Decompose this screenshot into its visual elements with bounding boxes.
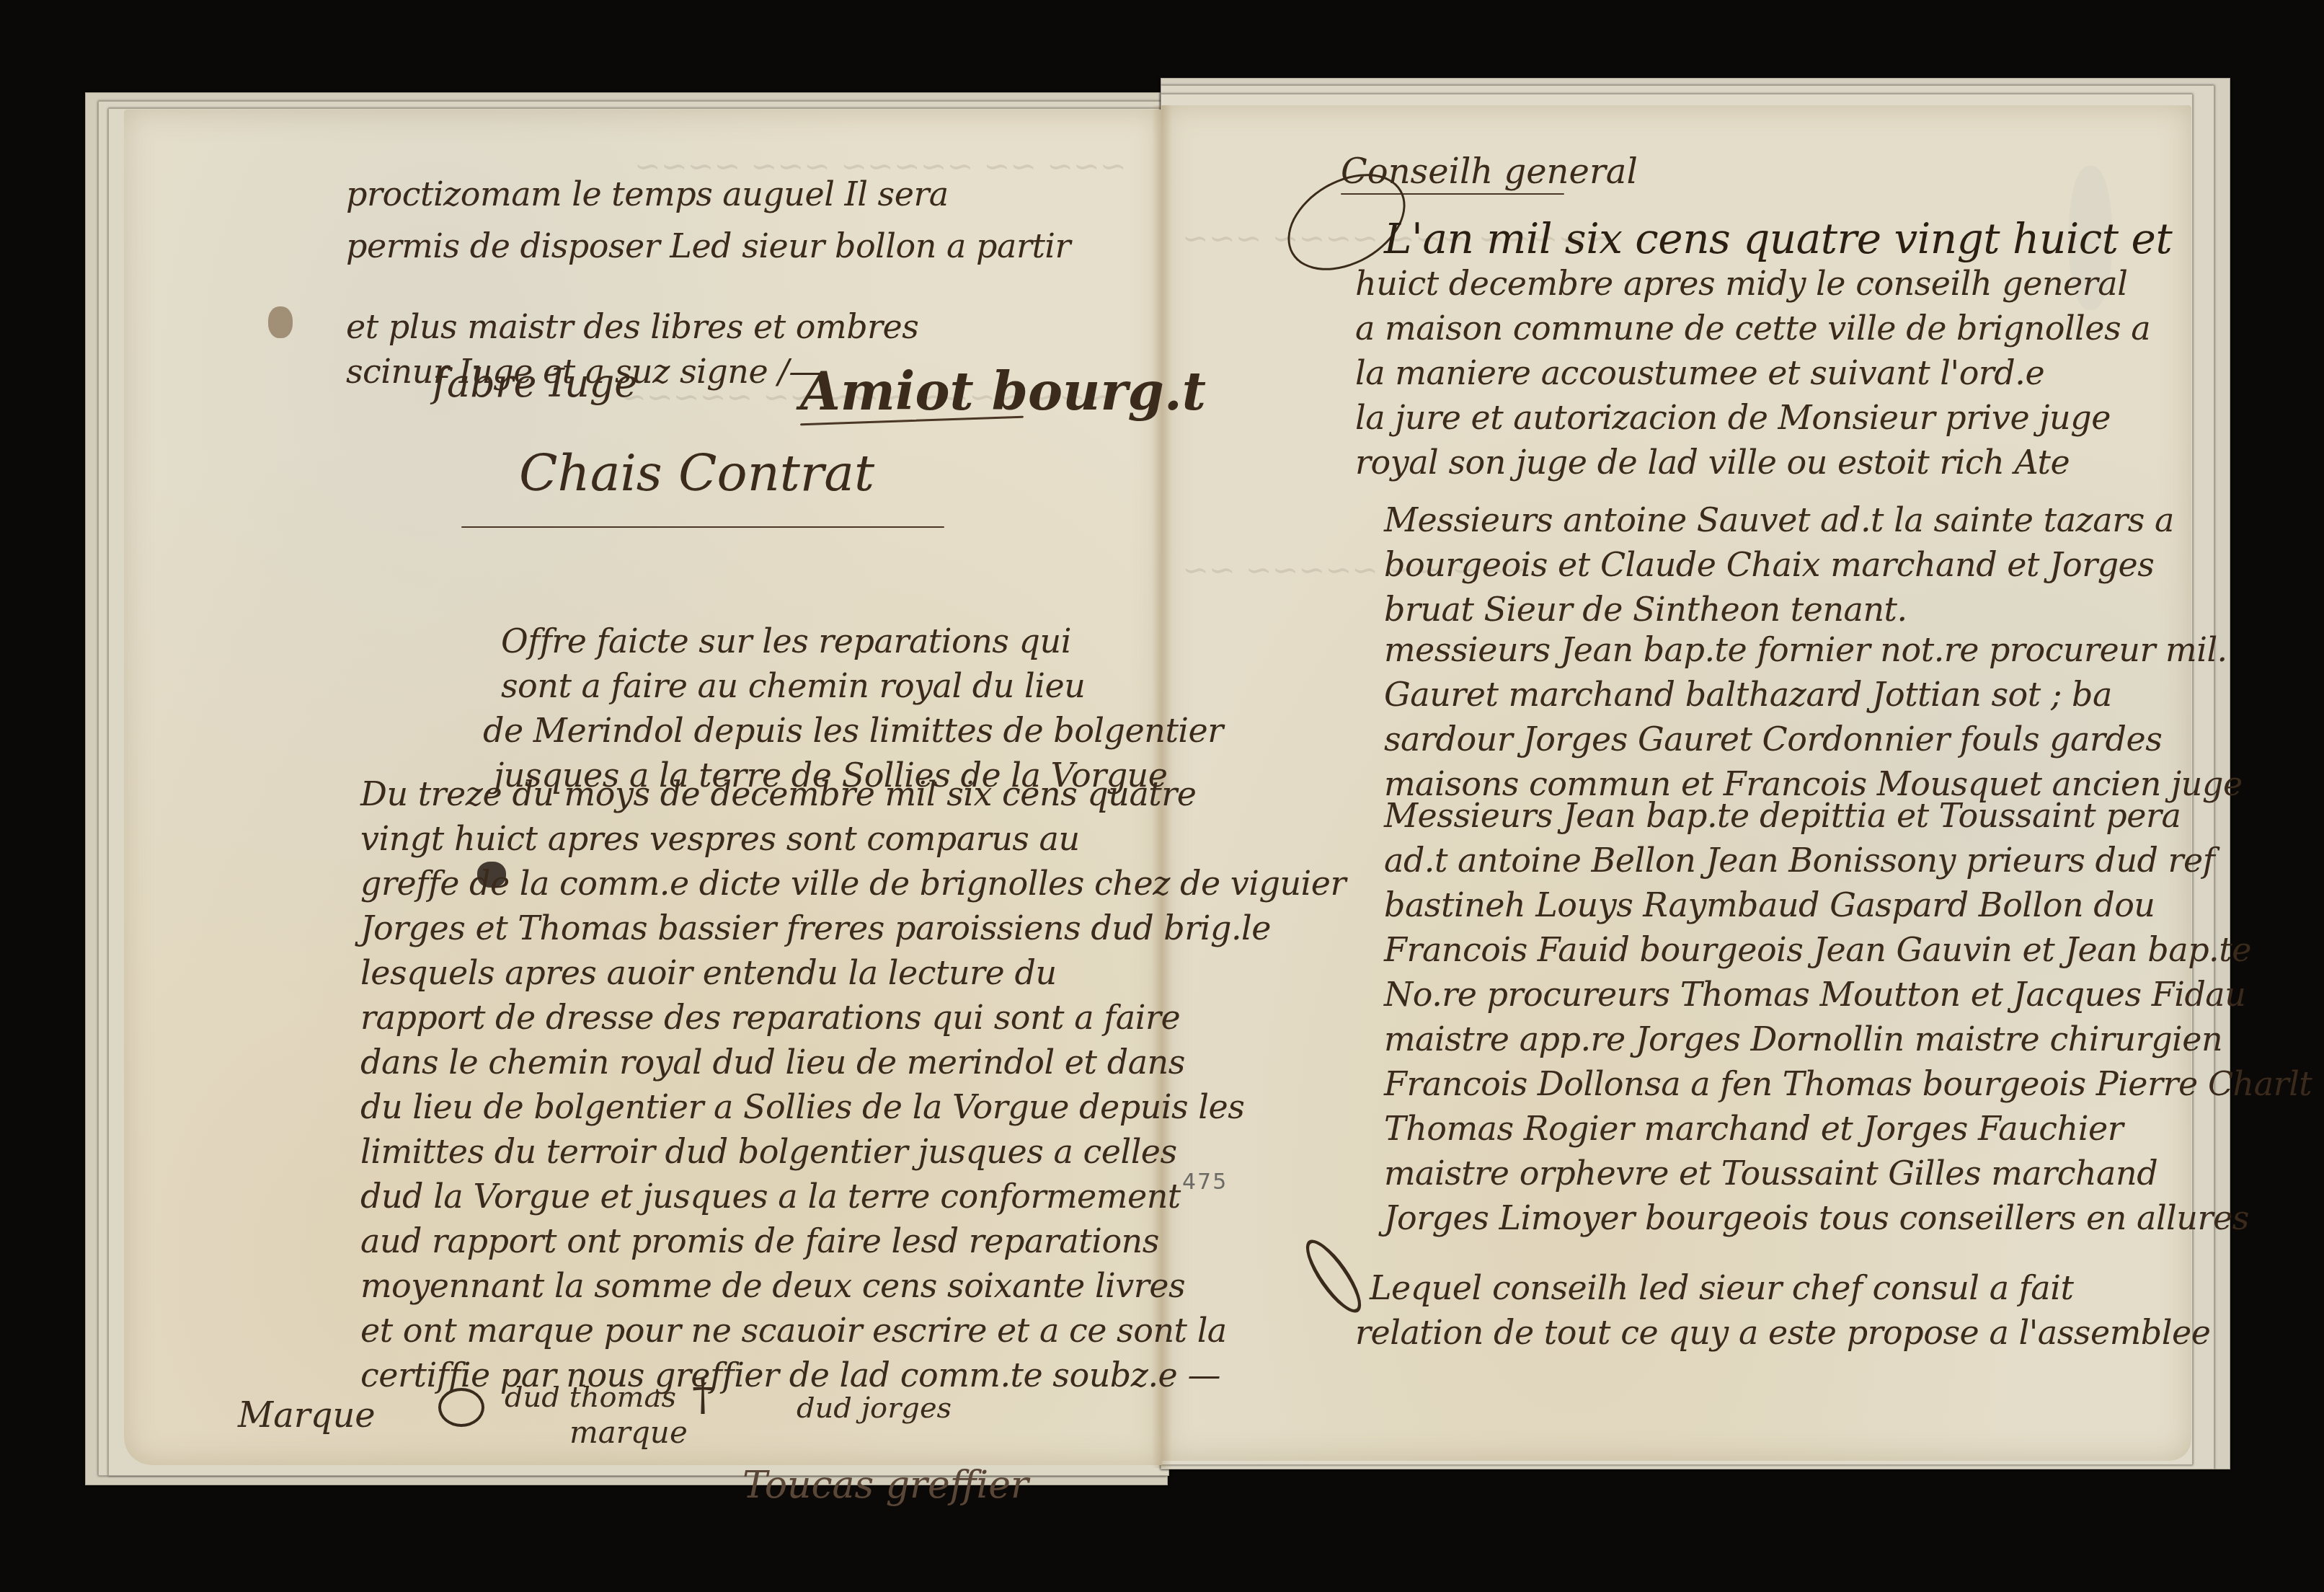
manuscript-line: moyennant la somme de deux cens soixante… [360, 1263, 1346, 1308]
manuscript-line: la jure et autorizacion de Monsieur priv… [1355, 395, 2172, 440]
manuscript-line: L'an mil six cens quatre vingt huict et [1384, 216, 2172, 261]
mark-owner-thomas: dud thomas [505, 1381, 676, 1414]
manuscript-line: limittes du terroir dud bolgentier jusqu… [360, 1129, 1346, 1174]
manuscript-line: la maniere accoustumee et suivant l'ord.… [1355, 350, 2172, 395]
right-attendees-group-3: Messieurs Jean bap.te depittia et Toussa… [1384, 793, 2312, 1240]
mark-owner-jorges: dud jorges [797, 1392, 952, 1425]
right-closing-block: Lequel conseilh led sieur chef consul a … [1370, 1265, 2210, 1355]
right-attendees-group-2: messieurs Jean bap.te fornier not.re pro… [1384, 627, 2243, 806]
signature-amiot: Amiot bourg.t [800, 361, 1206, 422]
manuscript-line: Francois Fauid bourgeois Jean Gauvin et … [1384, 927, 2312, 972]
signature-fabre: fabre Iuge [433, 361, 637, 406]
manuscript-line: Jorges et Thomas bassier freres paroissi… [360, 906, 1346, 950]
manuscript-line: a maison commune de cette ville de brign… [1355, 306, 2172, 350]
manuscript-line: rapport de dresse des reparations qui so… [360, 995, 1346, 1040]
section-heading: Chais Contrat [519, 443, 874, 503]
manuscript-line: sardour Jorges Gauret Cordonnier fouls g… [1384, 717, 2243, 761]
right-opening-block: L'an mil six cens quatre vingt huict et … [1355, 216, 2172, 485]
manuscript-line: relation de tout ce quy a este propose a… [1355, 1310, 2210, 1355]
manuscript-line: greffe de la comm.e dicte ville de brign… [360, 861, 1346, 906]
manuscript-line: dans le chemin royal dud lieu de merindo… [360, 1040, 1346, 1084]
manuscript-line: Messieurs antoine Sauvet ad.t la sainte … [1384, 497, 2174, 542]
manuscript-line: huict decembre apres midy le conseilh ge… [1355, 261, 2172, 306]
mark-symbol-thomas [438, 1388, 484, 1427]
left-body-block: Du treze du moys de decembre mil six cen… [360, 771, 1346, 1397]
manuscript-line: Du treze du moys de decembre mil six cen… [360, 771, 1346, 816]
manuscript-line: messieurs Jean bap.te fornier not.re pro… [1384, 627, 2243, 672]
left-intro-block: Offre faicte sur les reparations qui son… [501, 619, 1223, 797]
manuscript-line: bruat Sieur de Sintheon tenant. [1384, 587, 2174, 632]
manuscript-line: proctizomam le temps auguel Il sera [346, 172, 1070, 216]
manuscript-line: et plus maistr des libres et ombres [346, 304, 1070, 349]
manuscript-line: Messieurs Jean bap.te depittia et Toussa… [1384, 793, 2312, 838]
manuscript-line: Thomas Rogier marchand et Jorges Fauchie… [1384, 1106, 2312, 1151]
manuscript-line: du lieu de bolgentier a Sollies de la Vo… [360, 1084, 1346, 1129]
folio-number: 475 [1182, 1169, 1228, 1195]
mark-label: Marque [238, 1395, 376, 1436]
manuscript-line: sont a faire au chemin royal du lieu [501, 663, 1223, 708]
manuscript-line: et ont marque pour ne scauoir escrire et… [360, 1308, 1346, 1353]
manuscript-line: de Merindol depuis les limittes de bolge… [483, 708, 1223, 753]
heading-rule [461, 526, 944, 528]
manuscript-line: Jorges Limoyer bourgeois tous conseiller… [1384, 1195, 2312, 1240]
manuscript-line: vingt huict apres vespres sont comparus … [360, 816, 1346, 861]
manuscript-line: Francois Dollonsa a fen Thomas bourgeois… [1384, 1061, 2312, 1106]
right-attendees-group-1: Messieurs antoine Sauvet ad.t la sainte … [1384, 497, 2174, 632]
manuscript-line: lesquels apres auoir entendu la lecture … [360, 950, 1346, 995]
cross-mark-icon: † [692, 1370, 714, 1420]
manuscript-line: maistre orphevre et Toussaint Gilles mar… [1384, 1151, 2312, 1195]
manuscript-line: Lequel conseilh led sieur chef consul a … [1370, 1265, 2210, 1310]
manuscript-line: aud rapport ont promis de faire lesd rep… [360, 1219, 1346, 1263]
manuscript-line: Offre faicte sur les reparations qui [501, 619, 1223, 663]
manuscript-line: Gauret marchand balthazard Jottian sot ;… [1384, 672, 2243, 717]
manuscript-line: ad.t antoine Bellon Jean Bonissony prieu… [1384, 838, 2312, 883]
signature-toucas: Toucas greffier [742, 1464, 1029, 1507]
manuscript-line: No.re procureurs Thomas Moutton et Jacqu… [1384, 972, 2312, 1017]
manuscript-line: royal son juge de lad ville ou estoit ri… [1355, 440, 2172, 485]
manuscript-line: maistre app.re Jorges Dornollin maistre … [1384, 1017, 2312, 1061]
manuscript-scan: ~~~ ~~ ~~~~~ ~~~ ~~~~ ~~~ ~~~~ ~~~ ~~ ~~… [0, 0, 2324, 1592]
manuscript-line: bourgeois et Claude Chaix marchand et Jo… [1384, 542, 2174, 587]
mark-label-2: marque [569, 1415, 688, 1450]
manuscript-line: bastineh Louys Raymbaud Gaspard Bollon d… [1384, 883, 2312, 927]
ink-stain [268, 306, 293, 338]
manuscript-line: permis de disposer Led sieur bollon a pa… [346, 224, 1070, 268]
